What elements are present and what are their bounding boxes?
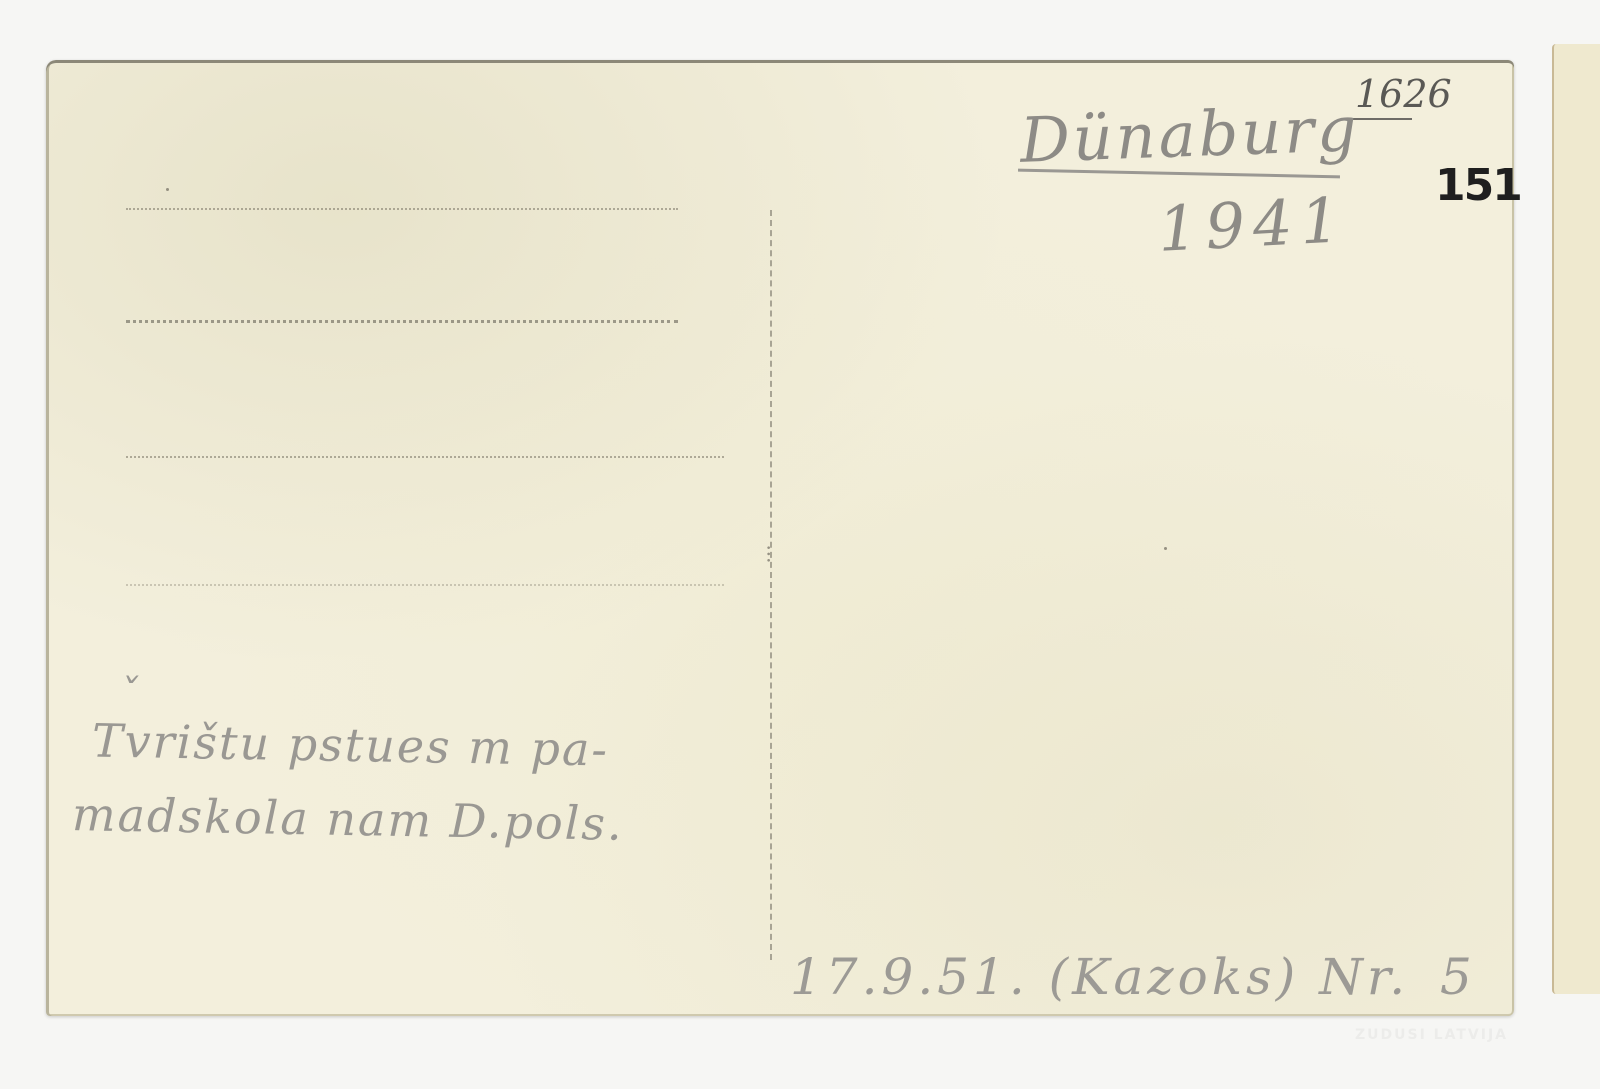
box-number: 151 [1435,160,1521,211]
address-line-1 [126,208,678,210]
paper-speck [166,188,169,191]
catalog-number-underline [1352,118,1412,120]
paper-speck [1164,547,1167,550]
handwritten-note-line-1: Tvrištu pstues m pa- [92,713,610,776]
watermark: ZUDUSI LATVIJA [1355,1027,1508,1043]
catalog-number: 1626 [1355,72,1452,116]
footer-reference: 17.9.51. (Kazoks) Nr. [790,948,1409,1006]
handwritten-note-line-2: madskola nam D.pols. [72,787,625,851]
adjacent-card-edge [1552,44,1600,994]
center-divider [770,210,772,960]
address-line-3 [126,456,724,458]
place-name: Dünaburg [1019,92,1361,177]
divider-printer-mark: ••• [762,545,772,564]
address-line-4 [126,584,724,586]
note-accent-mark: ˇ [118,672,138,718]
sequence-number: 5 [1440,948,1472,1006]
year: 1941 [1156,183,1349,266]
address-line-2 [126,320,678,323]
